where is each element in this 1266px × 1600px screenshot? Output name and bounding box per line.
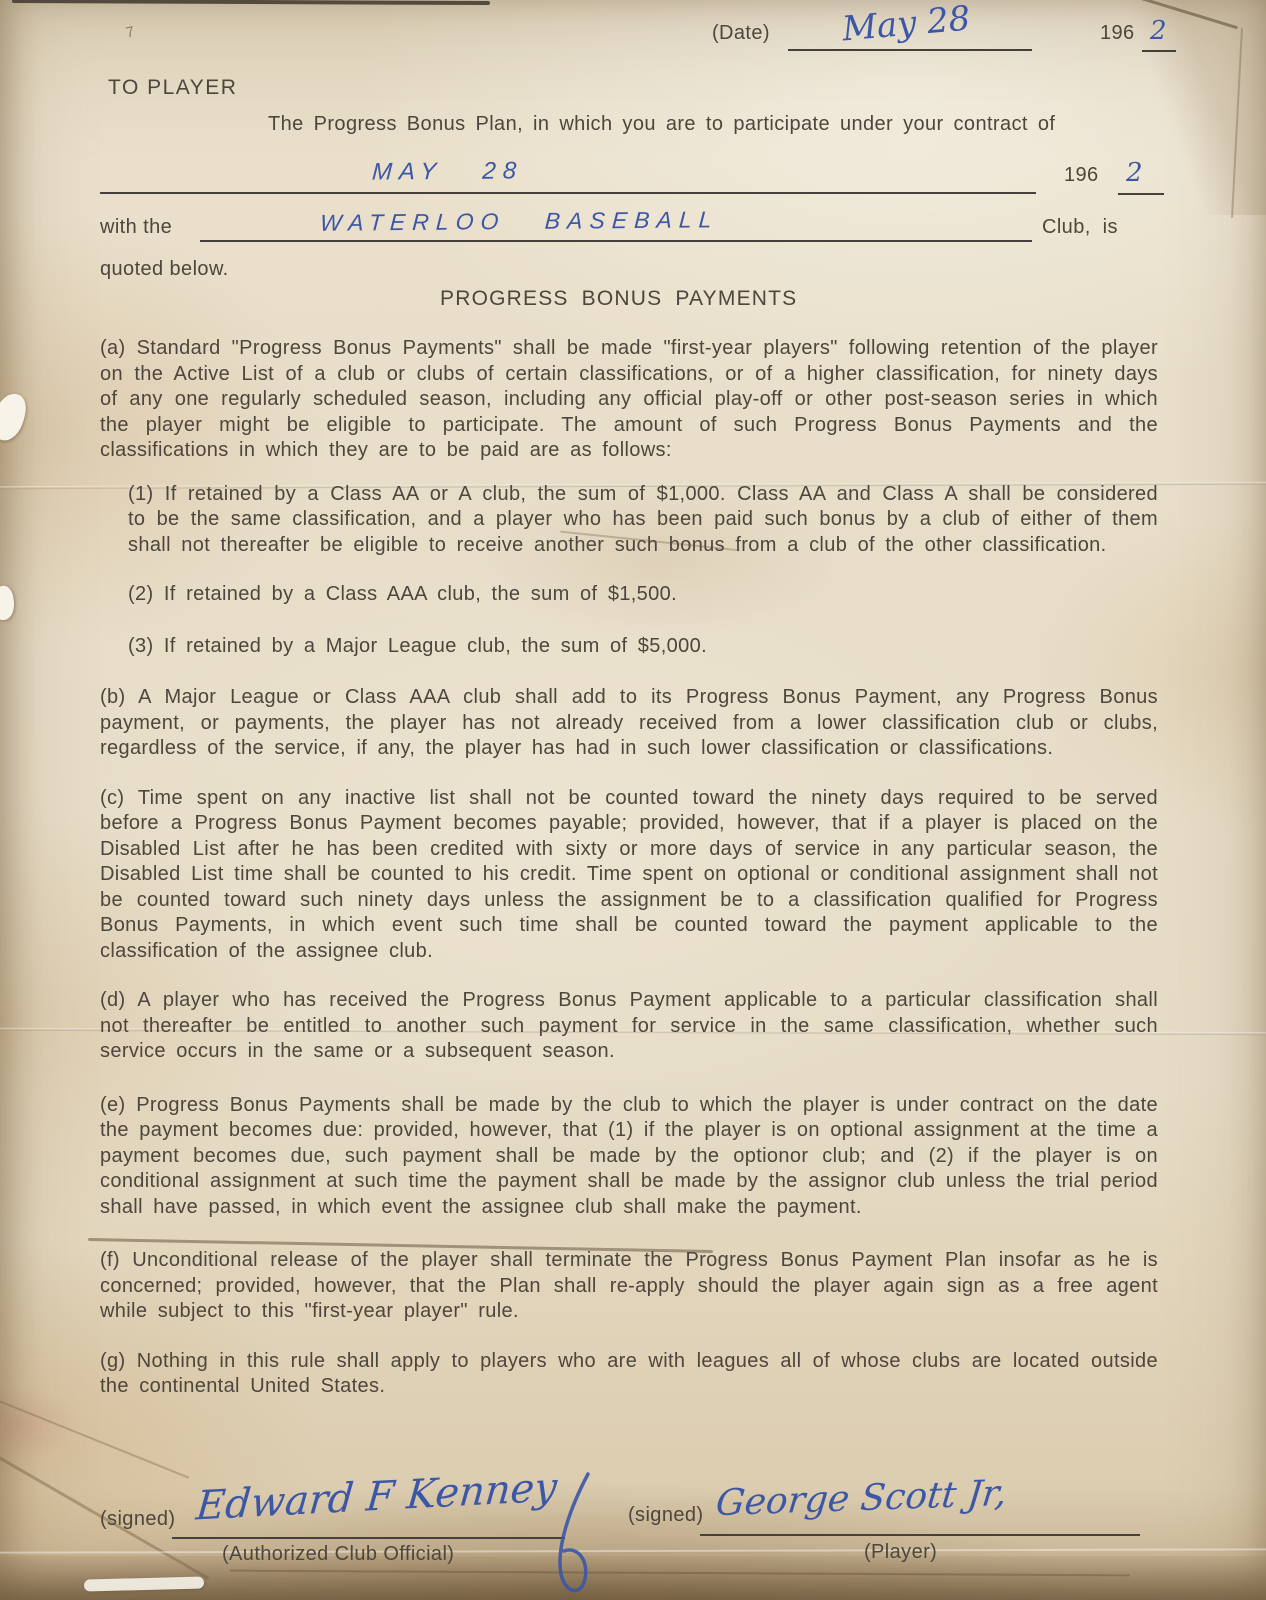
signed-label-right: (signed) [628, 1504, 703, 1527]
paragraph-a: (a) Standard "Progress Bonus Payments" s… [100, 336, 1158, 464]
paper-edge-shadow [12, 0, 490, 5]
body-paragraphs: (a) Standard "Progress Bonus Payments" s… [100, 336, 1158, 1466]
section-heading: PROGRESS BONUS PAYMENTS [440, 287, 797, 311]
paper-crease [0, 1548, 1266, 1553]
club-blank-line [200, 240, 1032, 242]
paragraph-f: (f) Unconditional release of the player … [100, 1248, 1158, 1325]
handwritten-contract-date: MAY 28 [371, 157, 524, 186]
handwritten-year-digit: 2 [1150, 16, 1167, 46]
document-page: 7 (Date) May 28 196 2 TO PLAYER The Prog… [0, 0, 1266, 1600]
handwritten-date: May 28 [841, 0, 972, 50]
paragraph-g: (g) Nothing in this rule shall apply to … [100, 1349, 1158, 1400]
year-blank-line [1142, 50, 1176, 52]
official-signature-line [172, 1537, 565, 1539]
intro-sentence: The Progress Bonus Plan, in which you ar… [268, 113, 1055, 136]
player-signature-line [700, 1534, 1140, 1536]
signature-flourish-stroke [548, 1472, 608, 1600]
handwritten-club-name: WATERLOO BASEBALL [319, 206, 719, 236]
paragraph-d: (d) A player who has received the Progre… [100, 988, 1158, 1065]
date-label: (Date) [712, 22, 770, 45]
club-line-suffix: Club, is [1042, 216, 1118, 239]
contract-year-blank-line [1118, 193, 1164, 195]
player-signature-caption: (Player) [864, 1541, 937, 1564]
clause-3: (3) If retained by a Major League club, … [128, 634, 1158, 660]
date-blank-line [788, 49, 1032, 51]
official-signature-caption: (Authorized Club Official) [222, 1543, 454, 1566]
quoted-below-text: quoted below. [100, 258, 229, 281]
year-prefix: 196 [1100, 22, 1135, 45]
handwritten-contract-year-digit: 2 [1126, 158, 1143, 188]
stray-pen-mark: 7 [124, 23, 136, 41]
to-player-heading: TO PLAYER [108, 76, 237, 100]
official-signature: Edward F Kenney [194, 1464, 559, 1529]
clause-1: (1) If retained by a Class AA or A club,… [128, 482, 1158, 559]
paragraph-e: (e) Progress Bonus Payments shall be mad… [100, 1093, 1158, 1221]
contract-date-blank-line [100, 192, 1036, 194]
contract-year-prefix: 196 [1064, 164, 1099, 187]
torn-paper-chip [0, 585, 16, 622]
player-signature: George Scott Jr, [714, 1473, 1009, 1524]
signed-label-left: (signed) [100, 1508, 175, 1531]
paragraph-c: (c) Time spent on any inactive list shal… [100, 786, 1158, 965]
paragraph-b: (b) A Major League or Class AAA club sha… [100, 685, 1158, 762]
torn-paper-chip [0, 390, 29, 444]
clause-2: (2) If retained by a Class AAA club, the… [128, 582, 1158, 608]
club-line-prefix: with the [100, 216, 172, 239]
